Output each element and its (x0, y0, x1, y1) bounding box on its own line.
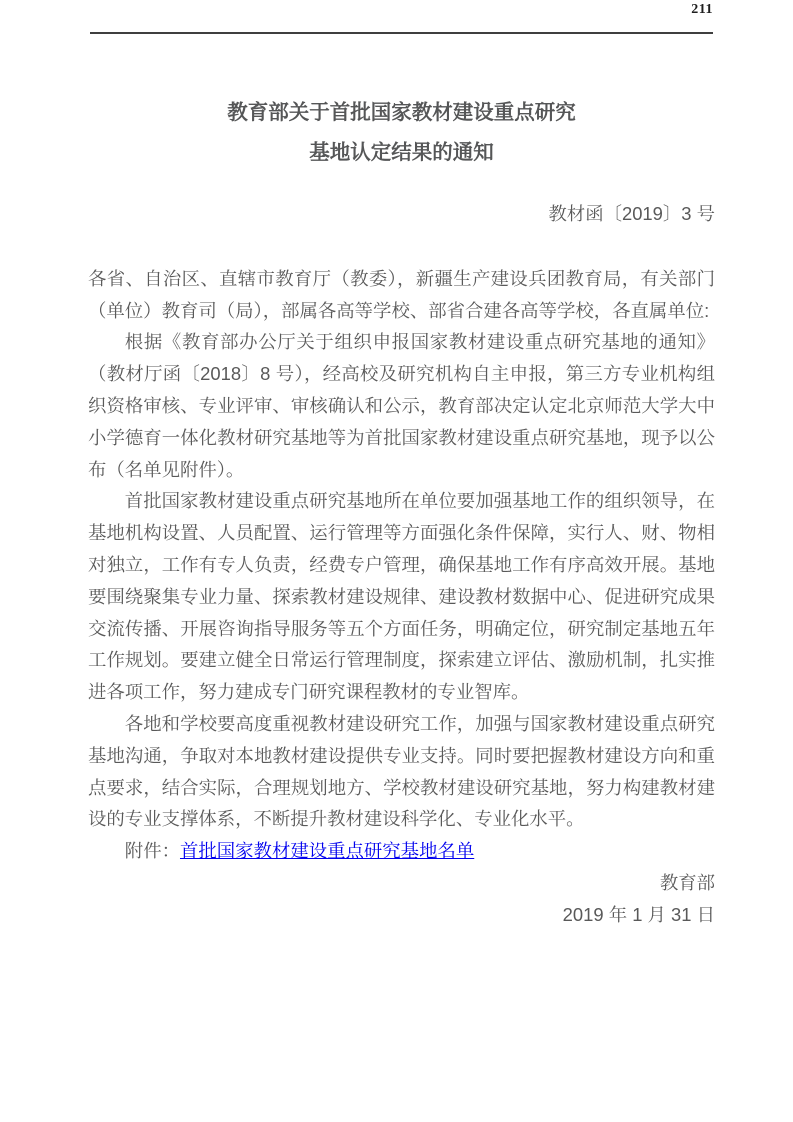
document-title-line-2: 基地认定结果的通知 (88, 133, 715, 173)
signature-block: 教育部 2019 年 1 月 31 日 (88, 867, 715, 931)
attachment-link[interactable]: 首批国家教材建设重点研究基地名单 (180, 840, 474, 861)
signer-name: 教育部 (88, 867, 715, 899)
page-number: 211 (691, 2, 713, 18)
attachment-label: 附件： (125, 840, 180, 861)
attachment-line: 附件：首批国家教材建设重点研究基地名单 (88, 835, 715, 867)
notice-content: 教育部关于首批国家教材建设重点研究 基地认定结果的通知 教材函〔2019〕3 号… (88, 33, 715, 931)
signature-date: 2019 年 1 月 31 日 (88, 899, 715, 931)
paragraph-local-guidance: 各地和学校要高度重视教材建设研究工作，加强与国家教材建设重点研究基地沟通，争取对… (88, 708, 715, 835)
document-page: 211 教育部关于首批国家教材建设重点研究 基地认定结果的通知 教材函〔2019… (0, 0, 793, 1122)
paragraph-basis: 根据《教育部办公厅关于组织申报国家教材建设重点研究基地的通知》（教材厅函〔201… (88, 326, 715, 485)
document-title: 教育部关于首批国家教材建设重点研究 基地认定结果的通知 (88, 93, 715, 173)
document-title-line-1: 教育部关于首批国家教材建设重点研究 (88, 93, 715, 133)
document-number: 教材函〔2019〕3 号 (88, 198, 715, 230)
paragraph-requirements: 首批国家教材建设重点研究基地所在单位要加强基地工作的组织领导，在基地机构设置、人… (88, 485, 715, 708)
notice-body: 各省、自治区、直辖市教育厅（教委），新疆生产建设兵团教育局，有关部门（单位）教育… (88, 263, 715, 931)
salutation-paragraph: 各省、自治区、直辖市教育厅（教委），新疆生产建设兵团教育局，有关部门（单位）教育… (88, 263, 715, 327)
